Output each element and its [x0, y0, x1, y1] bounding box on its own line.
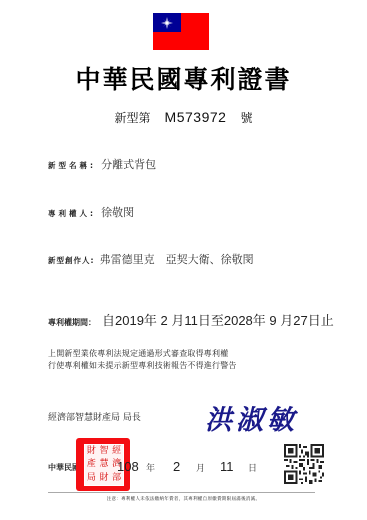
field-patentee: 專利權人: 徐敬閔: [48, 201, 134, 220]
seal-char: 慧: [98, 458, 111, 471]
month-unit: 月: [196, 461, 205, 474]
issue-month: 2: [173, 459, 180, 474]
term-label: 專利權期間：: [48, 318, 96, 327]
certificate-number: 新型第M573972號: [0, 109, 367, 126]
field-label: 新型名稱:: [48, 161, 96, 170]
number-prefix: 新型第: [115, 111, 151, 125]
field-label: 新型創作人:: [48, 256, 95, 265]
field-value: 徐敬閔: [101, 206, 134, 219]
patent-term: 專利權期間：自2019年 2 月11日至2028年 9 月27日止: [48, 310, 334, 329]
seal-char: 財: [85, 445, 98, 458]
field-utility-model-name: 新型名稱: 分離式背包: [48, 153, 156, 172]
year-unit: 年: [146, 461, 155, 474]
seal-char: 產: [85, 458, 98, 471]
director-signature: 洪淑敏: [205, 398, 298, 437]
notice-line: 上開新型業依專利法規定通過形式審查取得專利權: [48, 348, 237, 360]
qr-code-icon[interactable]: [284, 444, 324, 484]
white-sun-icon: [161, 17, 173, 29]
day-unit: 日: [248, 461, 257, 474]
field-label: 專利權人:: [48, 209, 96, 218]
notice-line: 行使專利權如未提示新型專利技術報告不得進行警告: [48, 360, 237, 372]
footnote: 注意：專利權人未依法繳納年費者，其專利權自原繳費期限屆滿後消滅。: [0, 496, 367, 502]
legal-notice: 上開新型業依專利法規定通過形式審查取得專利權 行使專利權如未提示新型專利技術報告…: [48, 348, 237, 372]
seal-char: 財: [98, 472, 111, 485]
flag-canton: [153, 13, 181, 32]
number-suffix: 號: [240, 111, 252, 125]
field-value: 分離式背包: [101, 158, 156, 171]
footer-divider: [48, 492, 315, 493]
field-creators: 新型創作人: 弗雷德里克 亞契大衛、徐敬閔: [48, 248, 254, 267]
seal-char: 經: [110, 445, 123, 458]
issuing-office: 經濟部智慧財產局 局長: [48, 410, 141, 423]
national-flag: [153, 13, 209, 50]
seal-char: 局: [85, 472, 98, 485]
issue-year: 108: [117, 459, 139, 474]
term-text: 自2019年 2 月11日至2028年 9 月27日止: [102, 313, 334, 328]
field-value: 弗雷德里克 亞契大衛、徐敬閔: [100, 253, 254, 266]
issue-day: 11: [220, 459, 234, 474]
seal-char: 智: [98, 445, 111, 458]
patent-number: M573972: [165, 109, 227, 125]
certificate-title: 中華民國專利證書: [0, 60, 367, 96]
